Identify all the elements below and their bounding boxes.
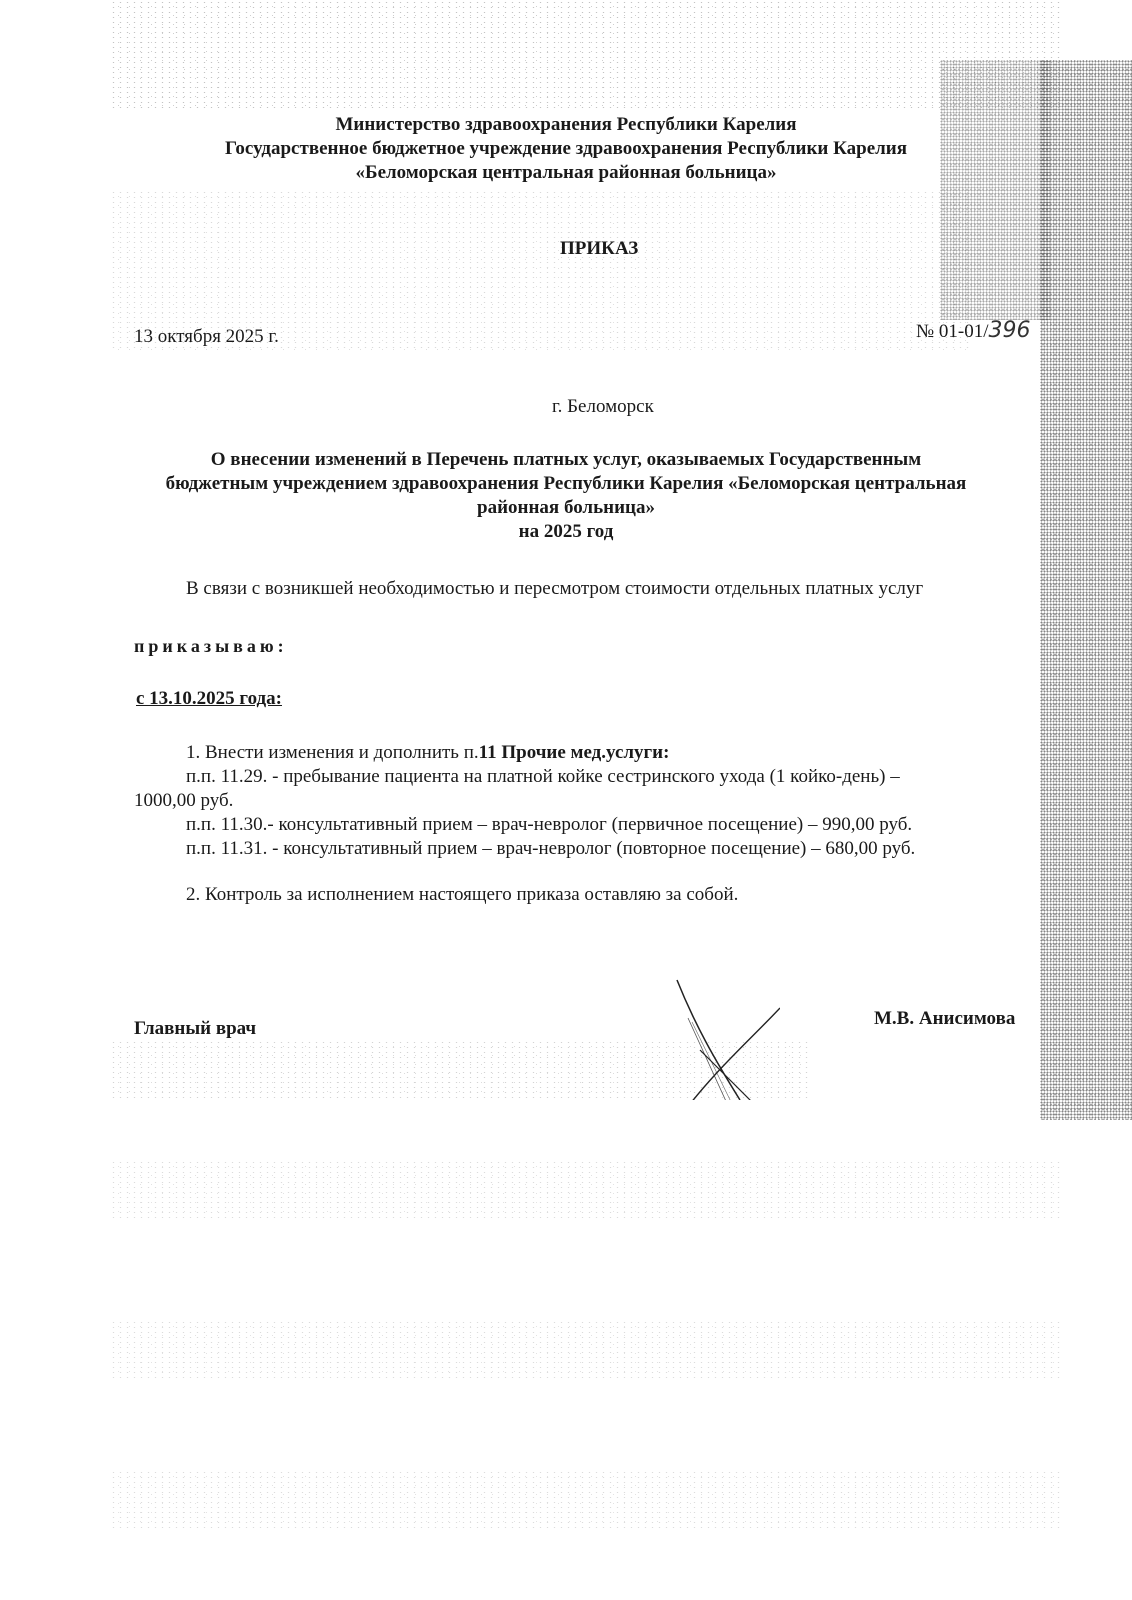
- subitem-11-29-line1: п.п. 11.29. - пребывание пациента на пла…: [186, 766, 900, 788]
- subject-line-4: на 2025 год: [0, 521, 1132, 543]
- subject-line-2: бюджетным учреждением здравоохранения Ре…: [0, 473, 1132, 495]
- signer-position: Главный врач: [134, 1018, 256, 1040]
- item-1-prefix: 1. Внести изменения и дополнить п.: [186, 742, 479, 763]
- subitem-11-30: п.п. 11.30.- консультативный прием – вра…: [186, 814, 912, 836]
- subject-line-3: районная больница»: [0, 497, 1132, 519]
- subject-line-1: О внесении изменений в Перечень платных …: [0, 449, 1132, 471]
- order-number: № 01-01/396: [916, 318, 1030, 343]
- document-type: ПРИКАЗ: [560, 238, 638, 260]
- effective-date: с 13.10.2025 года:: [136, 688, 282, 710]
- signature-mark-icon: [640, 950, 780, 1100]
- institution-name: Государственное бюджетное учреждение здр…: [0, 137, 1132, 161]
- order-word: приказываю:: [134, 636, 288, 657]
- scan-noise-lower2: [110, 1320, 1060, 1380]
- subitem-11-29-line2: 1000,00 руб.: [134, 790, 233, 812]
- scan-noise-lower3: [110, 1470, 1060, 1530]
- scan-noise-top: [110, 0, 1060, 110]
- scan-dark-edge-top-right: [940, 60, 1050, 320]
- order-number-prefix: № 01-01/: [916, 321, 988, 342]
- subitem-11-31: п.п. 11.31. - консультативный прием – вр…: [186, 838, 915, 860]
- item-1-section: 11 Прочие мед.услуги:: [479, 742, 670, 763]
- order-date: 13 октября 2025 г.: [134, 326, 279, 348]
- ministry-name: Министерство здравоохранения Республики …: [0, 113, 1132, 137]
- item-2: 2. Контроль за исполнением настоящего пр…: [186, 884, 738, 906]
- scan-noise-lower1: [110, 1160, 1060, 1220]
- item-1: 1. Внести изменения и дополнить п.11 Про…: [186, 742, 669, 764]
- order-number-handwritten: 396: [988, 318, 1030, 343]
- preamble: В связи с возникшей необходимостью и пер…: [186, 578, 923, 600]
- hospital-name: «Беломорская центральная районная больни…: [0, 161, 1132, 185]
- scan-dark-edge-right: [1040, 60, 1132, 1120]
- signer-name: М.В. Анисимова: [874, 1008, 1015, 1030]
- city: г. Беломорск: [552, 396, 654, 418]
